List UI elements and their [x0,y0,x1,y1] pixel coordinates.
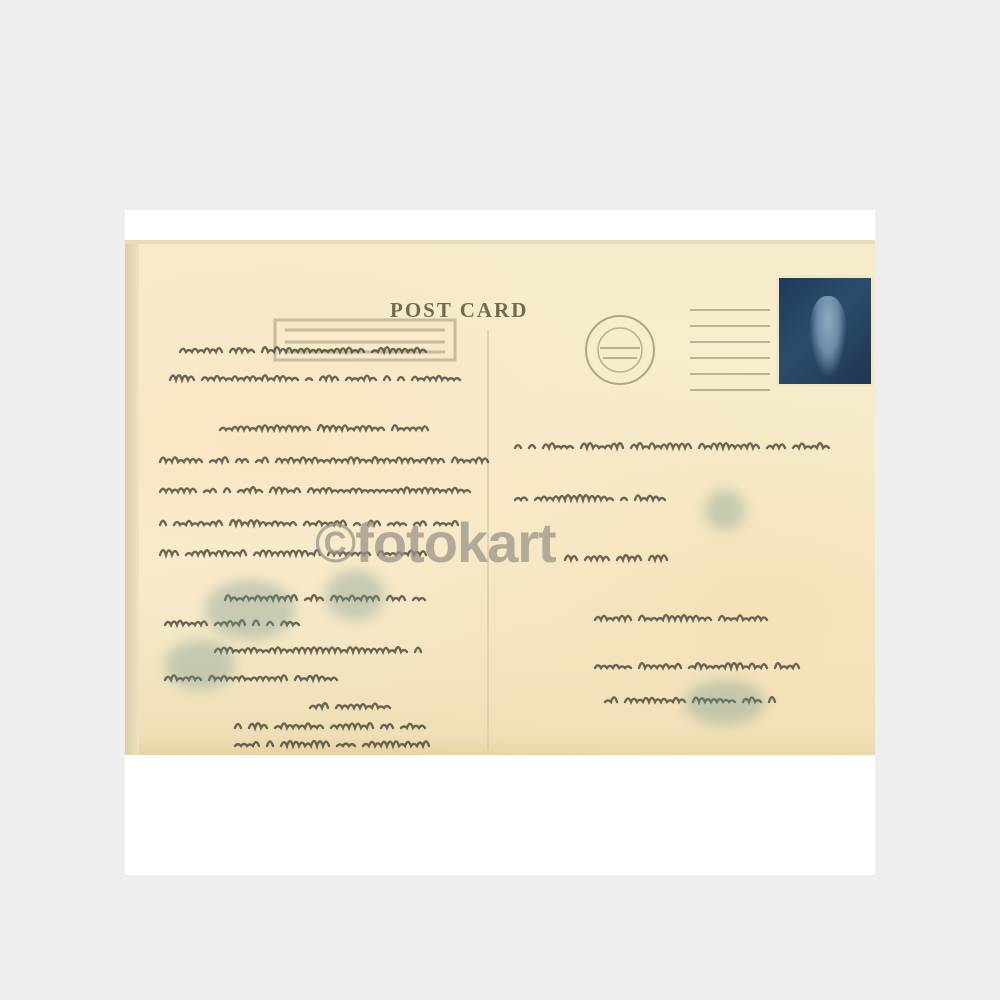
ink-smudge [165,640,235,690]
ink-smudge [685,680,765,725]
postcard-photo: POST CARD [125,240,875,755]
ink-smudge [325,570,385,620]
ink-smudge [705,490,745,530]
handwriting-strokes [125,240,875,755]
ink-smudge [205,580,295,640]
image-frame: POST CARD [125,210,875,875]
watermark: ©fotokart [315,510,556,575]
